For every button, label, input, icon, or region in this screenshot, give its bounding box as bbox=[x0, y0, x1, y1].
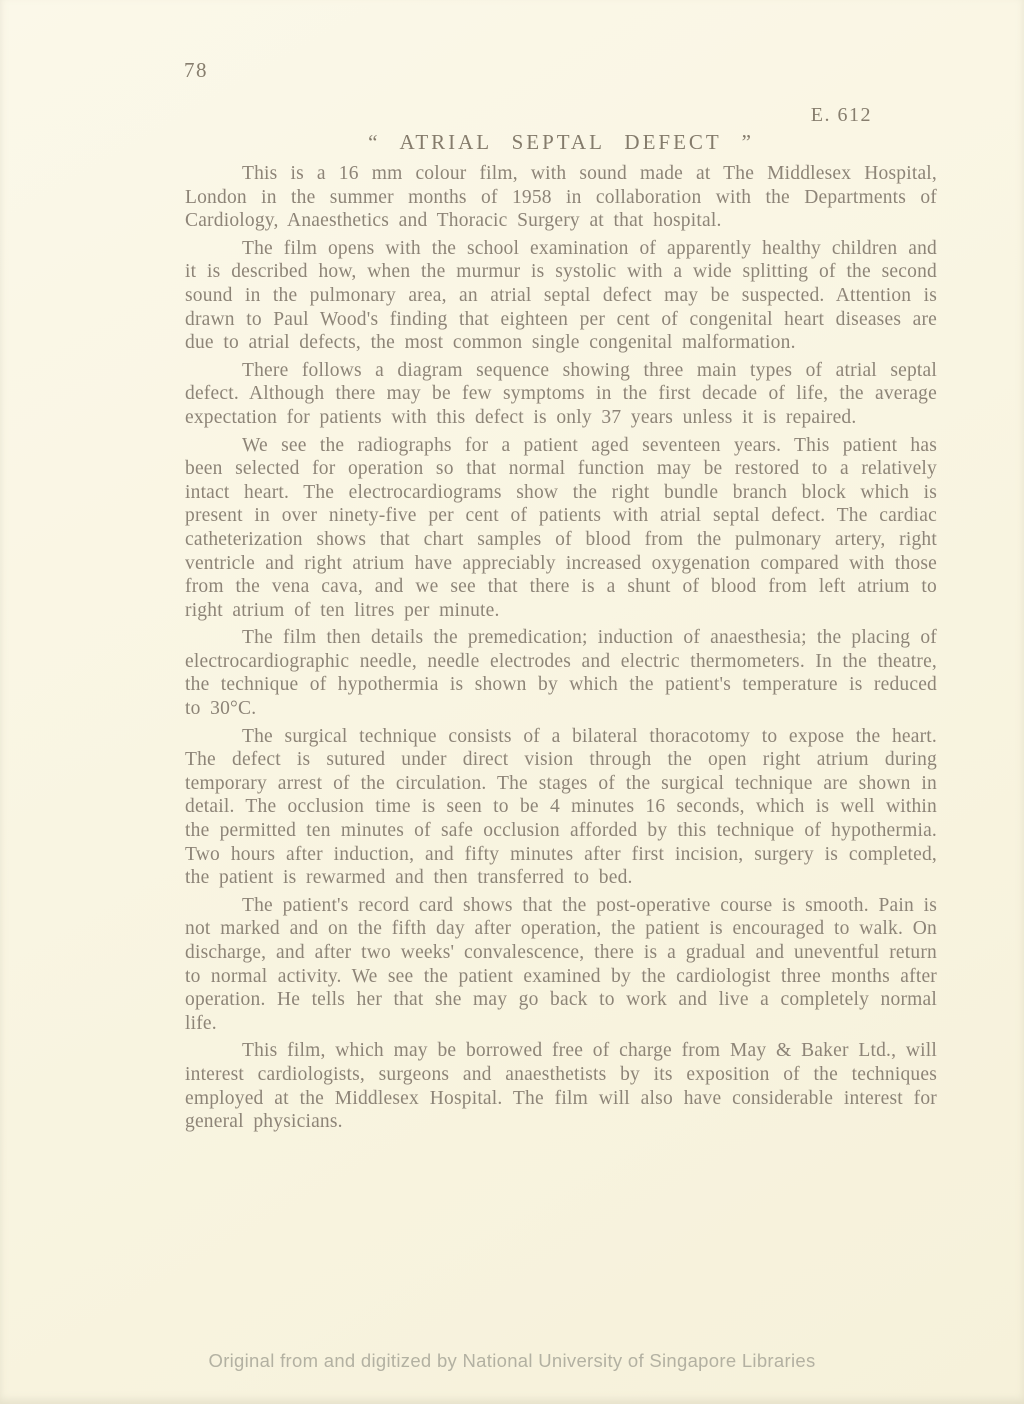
film-title: “ ATRIAL SEPTAL DEFECT ” bbox=[185, 130, 937, 155]
page-number: 78 bbox=[184, 58, 208, 83]
paragraph: The film opens with the school examinati… bbox=[185, 237, 937, 355]
paragraph: This is a 16 mm colour film, with sound … bbox=[185, 162, 937, 233]
reference-code: E. 612 bbox=[811, 104, 872, 127]
scanned-page: 78 E. 612 “ ATRIAL SEPTAL DEFECT ” This … bbox=[0, 0, 1024, 1404]
paragraph: The patient's record card shows that the… bbox=[185, 894, 937, 1036]
paragraph: We see the radiographs for a patient age… bbox=[185, 434, 937, 623]
paragraph: The surgical technique consists of a bil… bbox=[185, 725, 937, 890]
paragraph: The film then details the premedication;… bbox=[185, 626, 937, 720]
film-description: This is a 16 mm colour film, with sound … bbox=[185, 162, 937, 1138]
paragraph: This film, which may be borrowed free of… bbox=[185, 1039, 937, 1133]
digitization-footer: Original from and digitized by National … bbox=[0, 1350, 1024, 1372]
paragraph: There follows a diagram sequence showing… bbox=[185, 359, 937, 430]
